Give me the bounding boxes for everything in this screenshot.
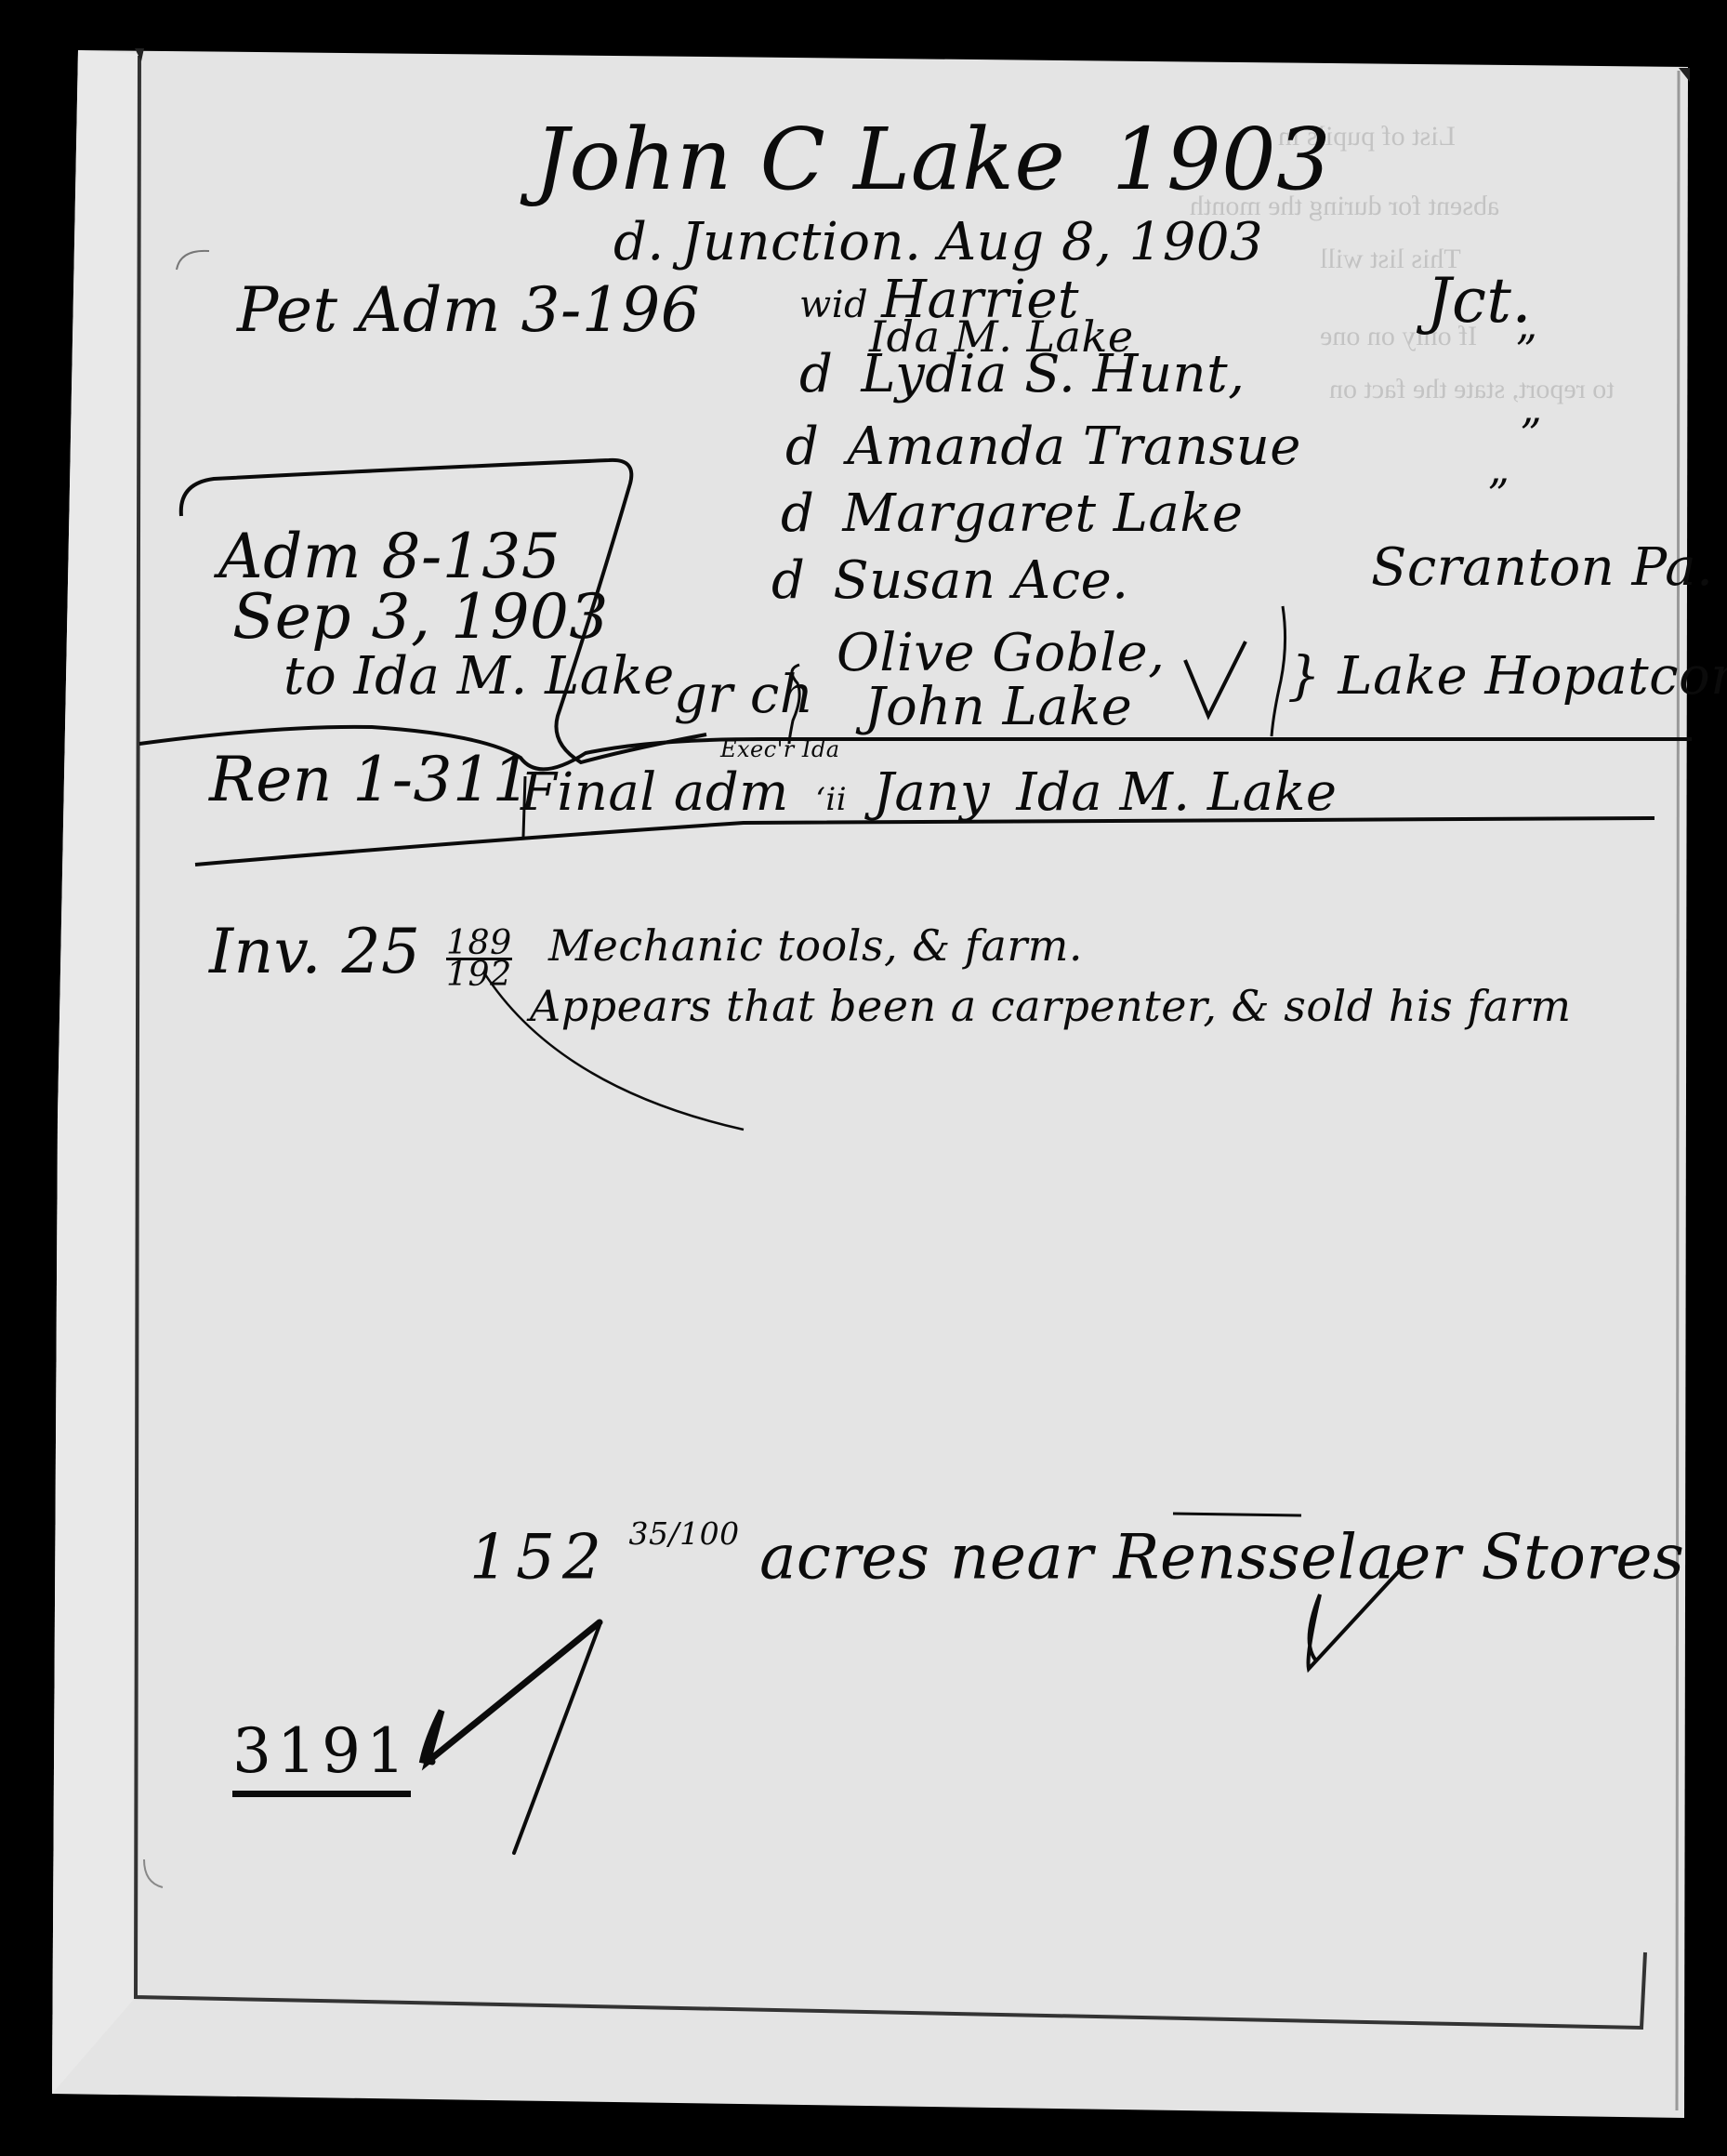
inventory-ref: Inv. 25 189 192 (209, 916, 518, 989)
exec-superscript: Exec'r Ida (720, 736, 840, 762)
grandchild-john: John Lake (864, 677, 1132, 737)
heir-lydia: dLydia S. Hunt, (799, 344, 1245, 404)
heir-margaret: dMargaret Lake (781, 483, 1243, 544)
residence-ditto: ” (1487, 470, 1509, 520)
residence-ditto: ” (1515, 325, 1537, 376)
paper-left-strip (52, 50, 139, 2094)
residence-scranton: Scranton Pa. (1371, 537, 1713, 598)
file-number: 3191 (232, 1715, 411, 1797)
petition-ref: Pet Adm 3-196 (237, 274, 700, 346)
final-adm: Final adm Exec'r Ida ‘ii Jany Ida M. Lak… (521, 762, 1338, 823)
residence-lake-hopatcong: } Lake Hopatcong (1287, 646, 1727, 707)
decedent-name: John C Lake 1903 (534, 110, 1331, 209)
death-line: d. Junction. Aug 8, 1903 (613, 212, 1263, 272)
inventory-note-2: Appears that been a carpenter, & sold hi… (530, 981, 1571, 1031)
residence-ditto: ” (1520, 409, 1542, 459)
inventory-fraction: 189 192 (446, 929, 512, 989)
inventory-note-1: Mechanic tools, & farm. (548, 920, 1083, 971)
heir-susan: dSusan Ace. (771, 550, 1129, 611)
heir-amanda: dAmanda Transue (785, 417, 1301, 477)
bleed-through-text: to report, state the fact on (1329, 374, 1615, 405)
grandchildren-label: gr ch (674, 665, 813, 725)
admin-date: Sep 3, 1903 (232, 581, 609, 653)
grandchild-olive: Olive Goble, (837, 623, 1165, 683)
renunciation-ref: Ren 1-311 (209, 744, 532, 815)
record-year: 1903 (1112, 110, 1331, 209)
admin-to: to Ida M. Lake (283, 646, 675, 707)
land-description: 152 35/100 acres near Rensselaer Stores (469, 1515, 1684, 1593)
